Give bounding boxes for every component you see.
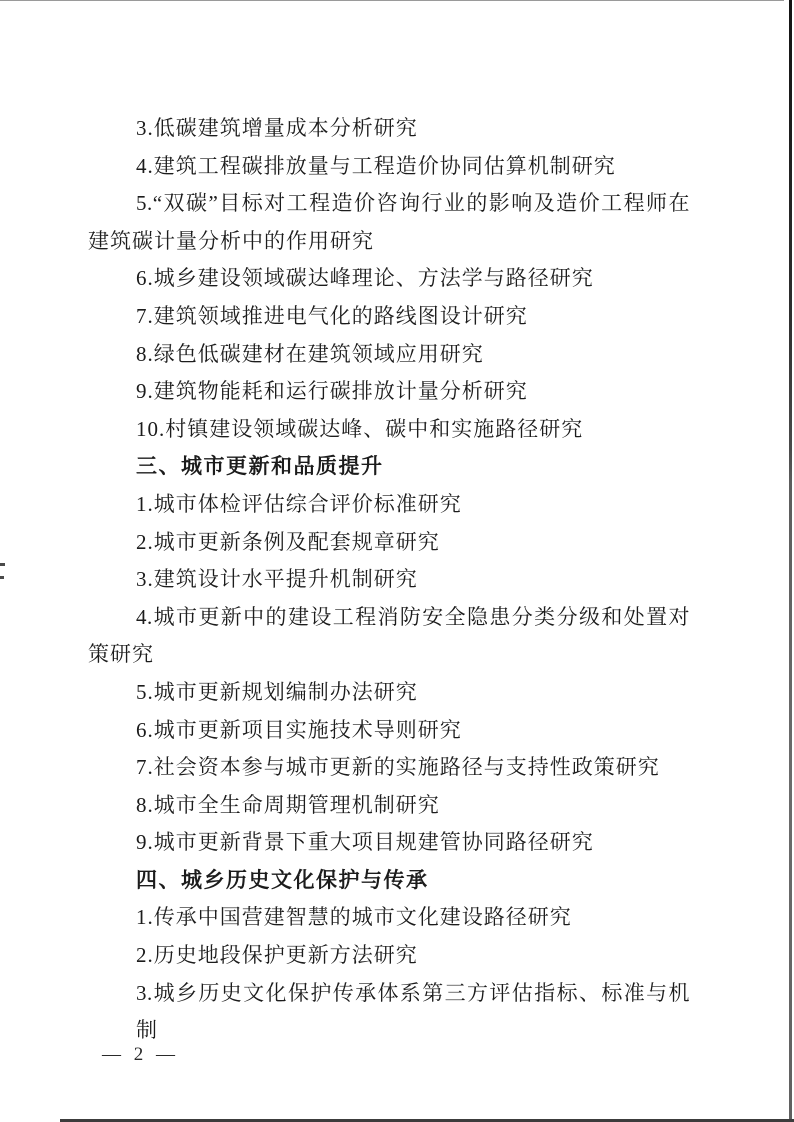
text-line: 7.建筑领域推进电气化的路线图设计研究 — [88, 298, 690, 336]
scan-speck — [0, 563, 5, 566]
text-line: 3.低碳建筑增量成本分析研究 — [88, 110, 690, 148]
text-line: 9.城市更新背景下重大项目规建管协同路径研究 — [88, 824, 690, 862]
text-line: 2.城市更新条例及配套规章研究 — [88, 524, 690, 562]
text-line: 7.社会资本参与城市更新的实施路径与支持性政策研究 — [88, 749, 690, 787]
text-line: 8.绿色低碳建材在建筑领域应用研究 — [88, 336, 690, 374]
text-line: 5.“双碳”目标对工程造价咨询行业的影响及造价工程师在 — [88, 185, 690, 223]
text-line: 10.村镇建设领域碳达峰、碳中和实施路径研究 — [88, 411, 690, 449]
text-line: 策研究 — [88, 636, 690, 674]
scan-edge-top — [0, 0, 784, 1]
text-line: 1.传承中国营建智慧的城市文化建设路径研究 — [88, 899, 690, 937]
text-line: 9.建筑物能耗和运行碳排放计量分析研究 — [88, 373, 690, 411]
section-heading: 三、城市更新和品质提升 — [88, 448, 690, 486]
section-heading: 四、城乡历史文化保护与传承 — [88, 862, 690, 900]
text-line: 5.城市更新规划编制办法研究 — [88, 674, 690, 712]
document-page: 3.低碳建筑增量成本分析研究4.建筑工程碳排放量与工程造价协同估算机制研究5.“… — [0, 0, 794, 1122]
document-body: 3.低碳建筑增量成本分析研究4.建筑工程碳排放量与工程造价协同估算机制研究5.“… — [88, 110, 690, 1012]
text-line: 6.城乡建设领域碳达峰理论、方法学与路径研究 — [88, 260, 690, 298]
page-number: — 2 — — [102, 1044, 176, 1066]
text-line: 1.城市体检评估综合评价标准研究 — [88, 486, 690, 524]
text-line: 6.城市更新项目实施技术导则研究 — [88, 712, 690, 750]
text-line: 建筑碳计量分析中的作用研究 — [88, 223, 690, 261]
text-line: 8.城市全生命周期管理机制研究 — [88, 787, 690, 825]
scan-edge-right — [789, 0, 792, 1122]
scan-speck — [0, 576, 4, 579]
text-line: 2.历史地段保护更新方法研究 — [88, 937, 690, 975]
text-line: 3.建筑设计水平提升机制研究 — [88, 561, 690, 599]
text-line: 4.建筑工程碳排放量与工程造价协同估算机制研究 — [88, 148, 690, 186]
text-line: 4.城市更新中的建设工程消防安全隐患分类分级和处置对 — [88, 599, 690, 637]
text-line: 3.城乡历史文化保护传承体系第三方评估指标、标准与机制 — [88, 975, 690, 1013]
